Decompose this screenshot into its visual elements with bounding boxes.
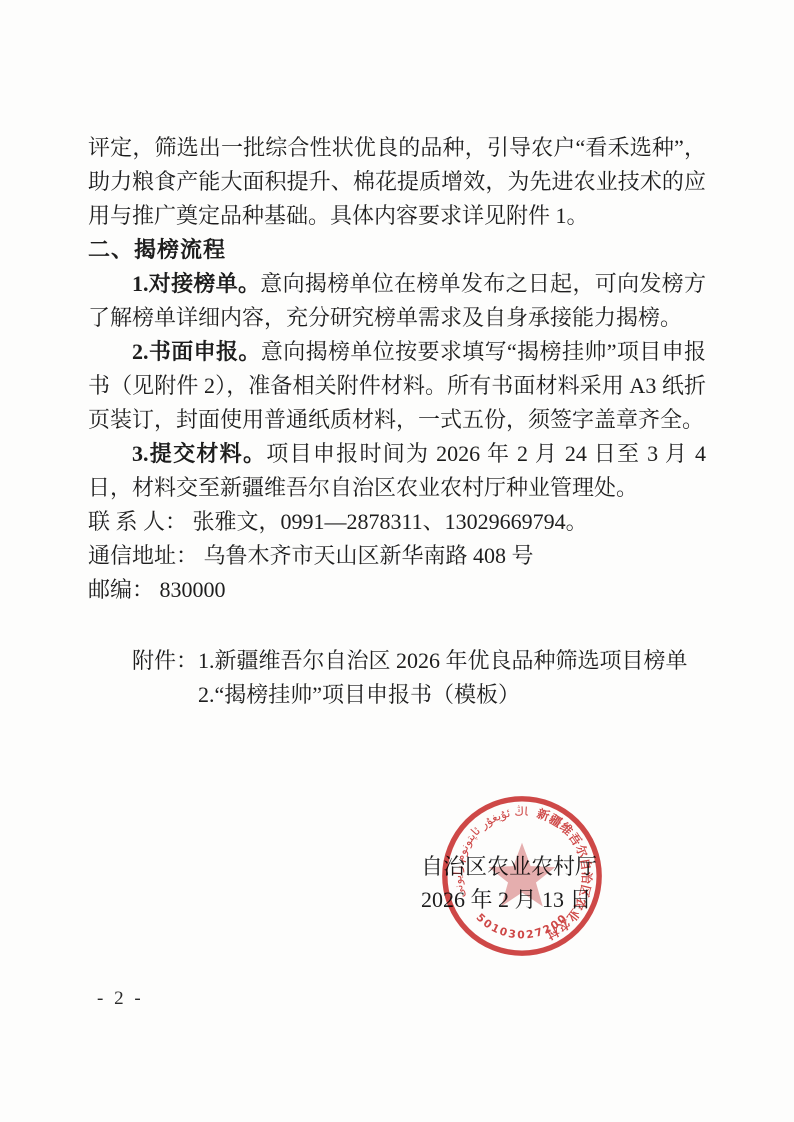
step-1-lead: 1.对接榜单。 bbox=[132, 271, 260, 296]
attachments-block: 附件： 1.新疆维吾尔自治区 2026 年优良品种筛选项目榜单 2.“揭榜挂帅”… bbox=[88, 644, 706, 712]
intro-paragraph-continuation: 评定，筛选出一批综合性状优良的品种，引导农户“看禾选种”，助力粮食产能大面积提升… bbox=[88, 131, 706, 233]
attachment-items: 1.新疆维吾尔自治区 2026 年优良品种筛选项目榜单 2.“揭榜挂帅”项目申报… bbox=[198, 644, 706, 712]
official-seal: شىنجاڭ ئۇيغۇر ئاپتونوم رايونى 新疆维吾尔自治区农业… bbox=[438, 792, 606, 960]
attachment-item-1: 1.新疆维吾尔自治区 2026 年优良品种筛选项目榜单 bbox=[198, 644, 706, 678]
step-paragraph-2: 2.书面申报。意向揭榜单位按要求填写“揭榜挂帅”项目申报书（见附件 2），准备相… bbox=[88, 335, 706, 437]
address-line: 通信地址： 乌鲁木齐市天山区新华南路 408 号 bbox=[88, 539, 706, 573]
step-2-lead: 2.书面申报。 bbox=[132, 339, 261, 364]
postcode-line: 邮编： 830000 bbox=[88, 573, 706, 607]
attachment-item-2: 2.“揭榜挂帅”项目申报书（模板） bbox=[198, 678, 706, 712]
step-3-lead: 3.提交材料。 bbox=[132, 441, 266, 466]
step-paragraph-1: 1.对接榜单。意向揭榜单位在榜单发布之日起，可向发榜方了解榜单详细内容，充分研究… bbox=[88, 267, 706, 335]
attachments-label: 附件： bbox=[132, 644, 198, 678]
page-number: - 2 - bbox=[97, 988, 144, 1010]
seal-star-icon bbox=[489, 843, 556, 907]
document-body: 评定，筛选出一批综合性状优良的品种，引导农户“看禾选种”，助力粮食产能大面积提升… bbox=[88, 131, 706, 712]
document-page: 评定，筛选出一批综合性状优良的品种，引导农户“看禾选种”，助力粮食产能大面积提升… bbox=[0, 0, 794, 1122]
section-heading: 二、揭榜流程 bbox=[88, 233, 706, 267]
contact-line: 联 系 人： 张雅文，0991—2878311、13029669794。 bbox=[88, 505, 706, 539]
step-paragraph-3: 3.提交材料。项目申报时间为 2026 年 2 月 24 日至 3 月 4 日，… bbox=[88, 437, 706, 505]
